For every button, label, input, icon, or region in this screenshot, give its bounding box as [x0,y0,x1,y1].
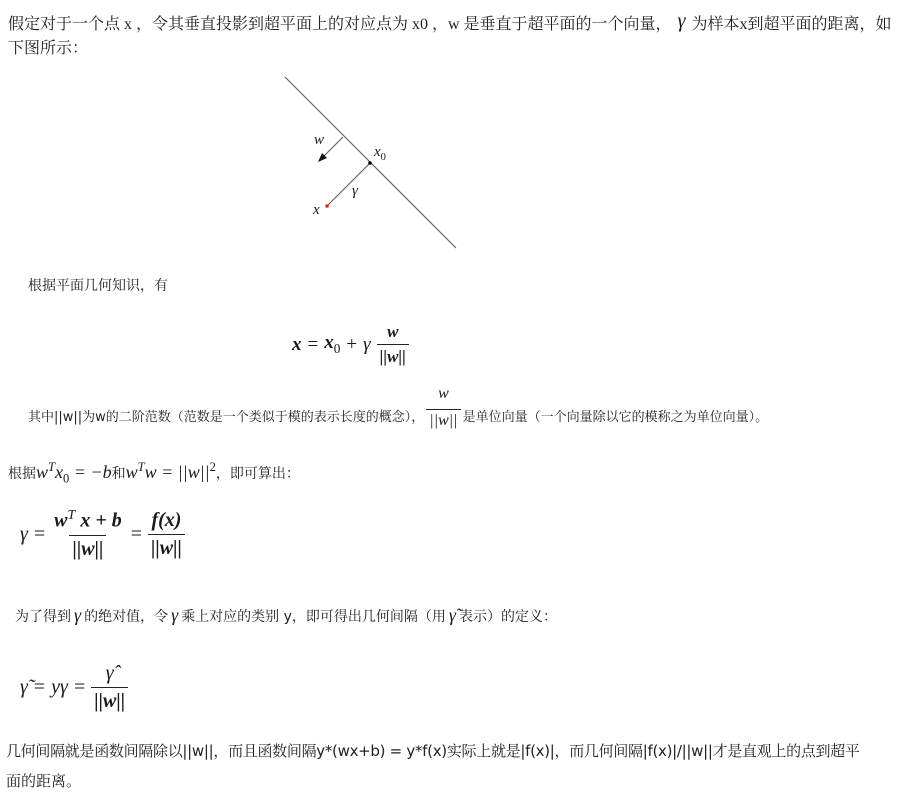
point-x [325,204,329,208]
label-gamma: γ [352,183,358,200]
gamma-symbol: γ [678,10,686,32]
gamma-tilde-symbol: γ̃ [449,605,456,626]
hyperplane-figure: w x0 γ x [270,70,470,255]
compute-paragraph: 根据 wTx0 = −b 和 wTw = ||w||2 ，即可算出： [8,460,300,487]
point-x0 [368,161,372,165]
gamma-symbol: γ [171,605,178,626]
intro-line-1: 假定对于一个点 x ，令其垂直投影到超平面上的对应点为 x0 ，w 是垂直于超平… [8,6,891,40]
gamma-symbol: γ [74,605,81,626]
label-x: x [313,202,320,219]
label-w: w [314,132,324,149]
normal-vector-line [322,137,343,158]
equation-geometric-margin: γ̃ = yγ = γ̂ ||w|| [20,662,128,713]
unit-vector-fraction: w ||w|| [426,385,460,430]
geometry-text: 根据平面几何知识，有 [28,275,168,295]
intro-line-2: 下图所示： [8,34,88,64]
intro-text-2: 为样本x到超平面的距离，如 [691,16,891,33]
conclusion-line-2: 面的距离。 [6,770,81,791]
equation-projection: x = x0 + γ w ||w|| [292,322,409,367]
intro-text-1: 假定对于一个点 x ，令其垂直投影到超平面上的对应点为 x0 ，w 是垂直于超平… [8,16,672,33]
absolute-value-paragraph: 为了得到 γ 的绝对值，令 γ 乘上对应的类别 y，即可得出几何间隔（用 γ̃ … [15,605,557,626]
conclusion-line-1: 几何间隔就是函数间隔除以||w||，而且函数间隔y*(wx+b) = y*f(x… [6,740,860,761]
hyperplane-diagram [270,70,470,255]
equation-distance: γ = wT x + b ||w|| = f(x) ||w|| [20,508,185,561]
label-x0: x0 [374,144,386,163]
distance-line [328,163,370,205]
norm-paragraph: 其中||w||为w的二阶范数（范数是一个类似于模的表示长度的概念）， w ||w… [28,385,768,430]
